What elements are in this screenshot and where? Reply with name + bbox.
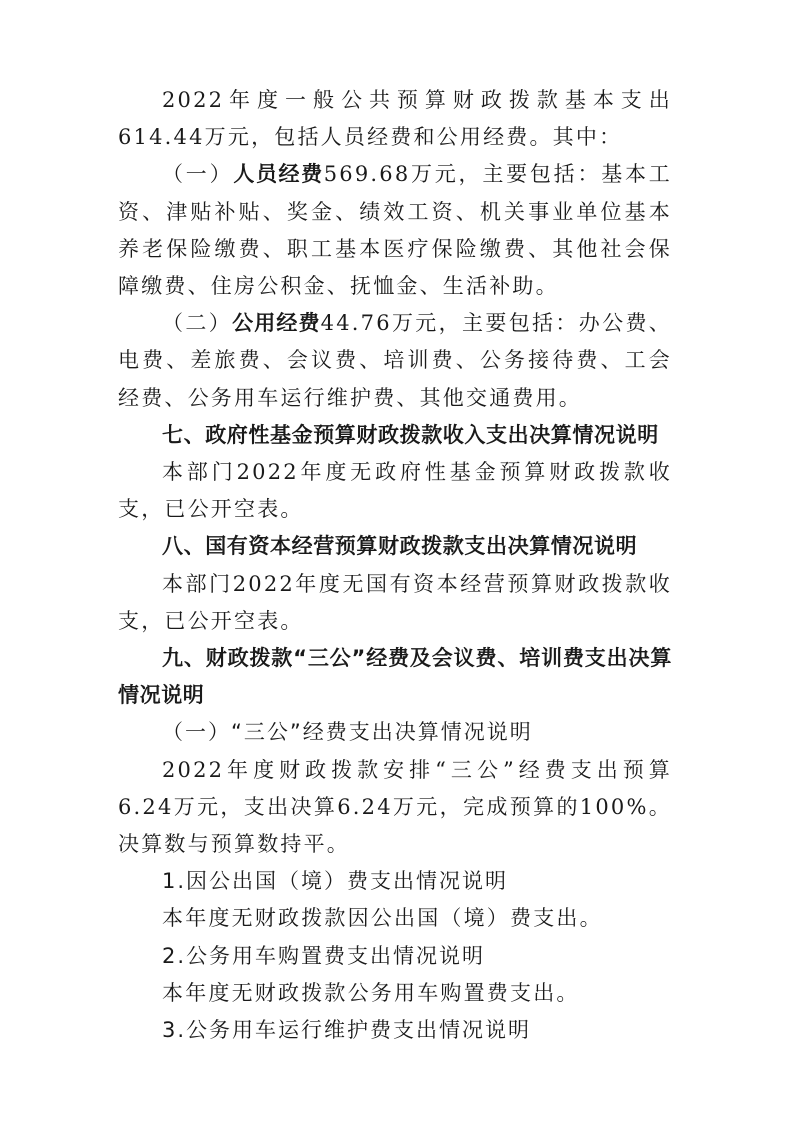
document-page: 2022年度一般公共预算财政拨款基本支出614.44万元，包括人员经费和公用经费… bbox=[118, 82, 672, 1049]
intro-paragraph: 2022年度一般公共预算财政拨款基本支出614.44万元，包括人员经费和公用经费… bbox=[118, 82, 672, 156]
section8-paragraph: 本部门2022年度无国有资本经营预算财政拨款收支，已公开空表。 bbox=[118, 566, 672, 640]
item1-heading: 1.因公出国（境）费支出情况说明 bbox=[118, 863, 672, 900]
personnel-prefix: （一） bbox=[162, 162, 233, 186]
item2-paragraph: 本年度无财政拨款公务用车购置费支出。 bbox=[118, 975, 672, 1012]
section9-sub1-paragraph: 2022年度财政拨款安排“三公”经费支出预算6.24万元，支出决算6.24万元，… bbox=[118, 752, 672, 864]
section7-heading: 七、政府性基金预算财政拨款收入支出决算情况说明 bbox=[118, 417, 672, 454]
item2-heading: 2.公务用车购置费支出情况说明 bbox=[118, 938, 672, 975]
public-label: 公用经费 bbox=[232, 311, 321, 335]
section8-heading: 八、国有资本经营预算财政拨款支出决算情况说明 bbox=[118, 528, 672, 565]
section9-sub1-heading: （一）“三公”经费支出决算情况说明 bbox=[118, 714, 672, 751]
section7-paragraph: 本部门2022年度无政府性基金预算财政拨款收支，已公开空表。 bbox=[118, 454, 672, 528]
item1-paragraph: 本年度无财政拨款因公出国（境）费支出。 bbox=[118, 900, 672, 937]
item3-heading: 3.公务用车运行维护费支出情况说明 bbox=[118, 1012, 672, 1049]
section9-heading: 九、财政拨款“三公”经费及会议费、培训费支出决算情况说明 bbox=[118, 640, 672, 714]
public-expense-paragraph: （二）公用经费44.76万元，主要包括：办公费、电费、差旅费、会议费、培训费、公… bbox=[118, 305, 672, 417]
public-prefix: （二） bbox=[162, 311, 232, 335]
personnel-expense-paragraph: （一）人员经费569.68万元，主要包括：基本工资、津贴补贴、奖金、绩效工资、机… bbox=[118, 156, 672, 305]
personnel-label: 人员经费 bbox=[233, 162, 323, 186]
